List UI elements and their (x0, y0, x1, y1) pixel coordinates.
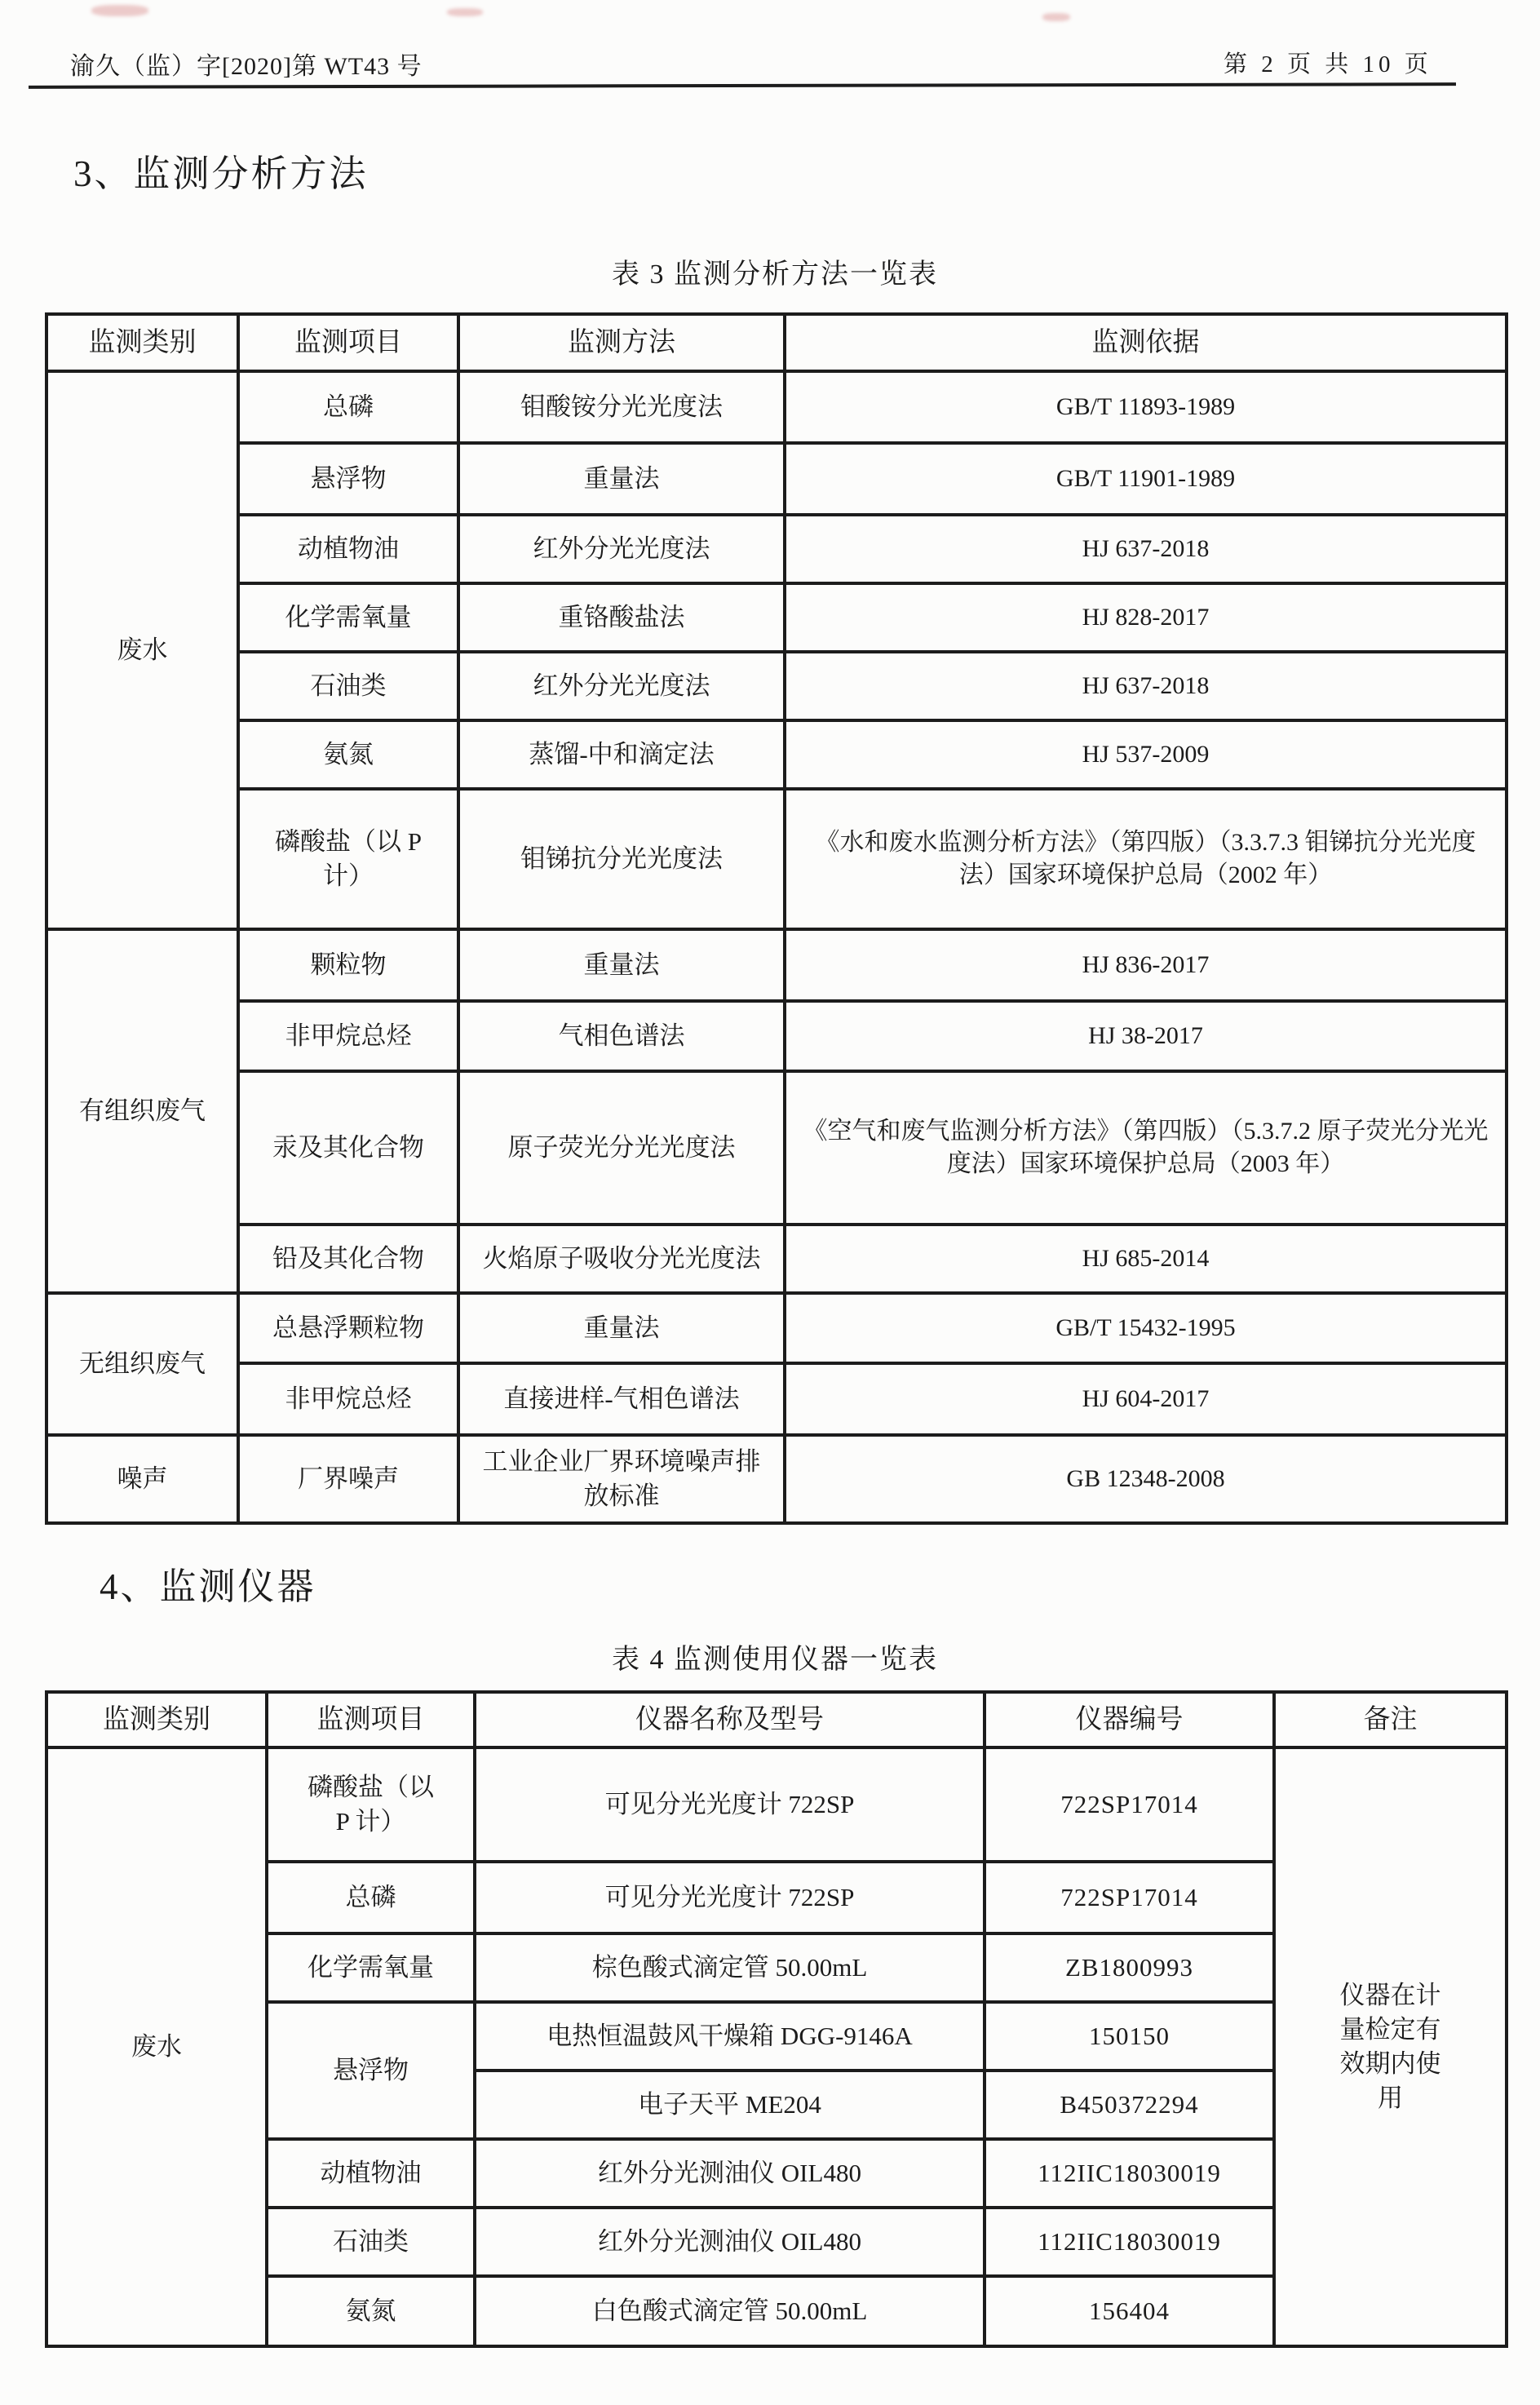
t3-item-cell: 厂界噪声 (238, 1435, 458, 1523)
table-row: 汞及其化合物 原子荧光分光光度法 《空气和废气监测分析方法》（第四版）（5.3.… (46, 1071, 1507, 1225)
table-header-row: 监测类别 监测项目 监测方法 监测依据 (46, 314, 1507, 371)
t3-item-cell: 化学需氧量 (238, 583, 458, 652)
t4-note-cell: 仪器在计量检定有效期内使用 (1274, 1747, 1507, 2346)
t3-method-cell: 红外分光光度法 (458, 652, 785, 720)
scan-artifact (447, 8, 483, 16)
table-row: 化学需氧量 重铬酸盐法 HJ 828-2017 (46, 583, 1507, 652)
t3-basis-cell: HJ 828-2017 (785, 583, 1507, 652)
t4-header-number: 仪器编号 (985, 1692, 1274, 1747)
t3-item-cell: 颗粒物 (238, 929, 458, 1001)
header-rule (29, 82, 1456, 89)
t4-item-cell: 氨氮 (267, 2276, 475, 2346)
t3-item-cell: 磷酸盐（以 P 计） (238, 789, 458, 929)
t3-method-cell: 重铬酸盐法 (458, 583, 785, 652)
t3-header-category: 监测类别 (46, 314, 238, 371)
t3-method-cell: 工业企业厂界环境噪声排放标准 (458, 1435, 785, 1523)
table-row: 磷酸盐（以 P 计） 钼锑抗分光光度法 《水和废水监测分析方法》（第四版）（3.… (46, 789, 1507, 929)
t3-item-cell: 总磷 (238, 371, 458, 443)
table-row: 废水 总磷 钼酸铵分光光度法 GB/T 11893-1989 (46, 371, 1507, 443)
t3-item-cell: 悬浮物 (238, 443, 458, 515)
t3-item-cell: 铅及其化合物 (238, 1225, 458, 1293)
t3-item-cell: 非甲烷总烃 (238, 1363, 458, 1435)
t3-basis-cell: HJ 637-2018 (785, 652, 1507, 720)
t3-basis-cell: GB/T 11893-1989 (785, 371, 1507, 443)
t3-header-method: 监测方法 (458, 314, 785, 371)
t3-basis-cell: 《空气和废气监测分析方法》（第四版）（5.3.7.2 原子荧光分光光度法）国家环… (785, 1071, 1507, 1225)
t4-header-item: 监测项目 (267, 1692, 475, 1747)
t3-item-cell: 石油类 (238, 652, 458, 720)
t3-method-cell: 钼锑抗分光光度法 (458, 789, 785, 929)
t4-instrument-cell: 电热恒温鼓风干燥箱 DGG-9146A (475, 2002, 985, 2071)
t3-method-cell: 原子荧光分光光度法 (458, 1071, 785, 1225)
t4-number-cell: 722SP17014 (985, 1862, 1274, 1933)
table-row: 非甲烷总烃 直接进样-气相色谱法 HJ 604-2017 (46, 1363, 1507, 1435)
t3-method-cell: 气相色谱法 (458, 1001, 785, 1071)
document-number: 渝久（监）字[2020]第 WT43 号 (70, 46, 423, 82)
t4-item-cell: 石油类 (267, 2208, 475, 2276)
t4-number-cell: 112IIC18030019 (985, 2139, 1274, 2208)
t4-number-cell: 156404 (985, 2276, 1274, 2346)
page-indicator: 第 2 页 共 10 页 (1224, 46, 1432, 79)
t3-basis-cell: HJ 38-2017 (785, 1001, 1507, 1071)
table-row: 动植物油 红外分光光度法 HJ 637-2018 (46, 515, 1507, 583)
t3-method-cell: 火焰原子吸收分光光度法 (458, 1225, 785, 1293)
t3-method-cell: 直接进样-气相色谱法 (458, 1363, 785, 1435)
t3-basis-cell: HJ 685-2014 (785, 1225, 1507, 1293)
t3-item-cell: 汞及其化合物 (238, 1071, 458, 1225)
t4-number-cell: 722SP17014 (985, 1747, 1274, 1862)
t4-item-cell: 磷酸盐（以 P 计） (267, 1747, 475, 1862)
table-row: 非甲烷总烃 气相色谱法 HJ 38-2017 (46, 1001, 1507, 1071)
table-row: 悬浮物 重量法 GB/T 11901-1989 (46, 443, 1507, 515)
t3-item-cell: 非甲烷总烃 (238, 1001, 458, 1071)
table-header-row: 监测类别 监测项目 仪器名称及型号 仪器编号 备注 (46, 1692, 1507, 1747)
t3-method-cell: 蒸馏-中和滴定法 (458, 720, 785, 789)
t3-method-cell: 红外分光光度法 (458, 515, 785, 583)
t3-basis-cell: GB/T 15432-1995 (785, 1293, 1507, 1363)
methods-table: 监测类别 监测项目 监测方法 监测依据 废水 总磷 钼酸铵分光光度法 GB/T … (45, 312, 1508, 1525)
t3-item-cell: 总悬浮颗粒物 (238, 1293, 458, 1363)
table-row: 有组织废气 颗粒物 重量法 HJ 836-2017 (46, 929, 1507, 1001)
t3-header-basis: 监测依据 (785, 314, 1507, 371)
section-heading-instruments: 4、监测仪器 (100, 1557, 316, 1610)
t4-instrument-cell: 白色酸式滴定管 50.00mL (475, 2276, 985, 2346)
t3-item-cell: 氨氮 (238, 720, 458, 789)
t3-basis-cell: HJ 537-2009 (785, 720, 1507, 789)
t3-basis-cell: 《水和废水监测分析方法》（第四版）（3.3.7.3 钼锑抗分光光度法）国家环境保… (785, 789, 1507, 929)
t4-number-cell: B450372294 (985, 2071, 1274, 2139)
t4-instrument-cell: 红外分光测油仪 OIL480 (475, 2139, 985, 2208)
scan-artifact (1042, 13, 1070, 21)
scan-artifact (91, 5, 148, 16)
t4-instrument-cell: 红外分光测油仪 OIL480 (475, 2208, 985, 2276)
t4-header-instrument: 仪器名称及型号 (475, 1692, 985, 1747)
t3-basis-cell: GB 12348-2008 (785, 1435, 1507, 1523)
t4-instrument-cell: 可见分光光度计 722SP (475, 1747, 985, 1862)
t4-category-cell: 废水 (46, 1747, 267, 2346)
table-row: 石油类 红外分光光度法 HJ 637-2018 (46, 652, 1507, 720)
t4-number-cell: ZB1800993 (985, 1933, 1274, 2002)
section-heading-methods: 3、监测分析方法 (73, 144, 369, 197)
t4-number-cell: 112IIC18030019 (985, 2208, 1274, 2276)
instruments-table: 监测类别 监测项目 仪器名称及型号 仪器编号 备注 废水 磷酸盐（以 P 计） … (45, 1690, 1508, 2348)
t3-method-cell: 重量法 (458, 1293, 785, 1363)
table-row: 噪声 厂界噪声 工业企业厂界环境噪声排放标准 GB 12348-2008 (46, 1435, 1507, 1523)
t4-instrument-cell: 电子天平 ME204 (475, 2071, 985, 2139)
table-row: 废水 磷酸盐（以 P 计） 可见分光光度计 722SP 722SP17014 仪… (46, 1747, 1507, 1862)
t3-method-cell: 钼酸铵分光光度法 (458, 371, 785, 443)
t4-item-cell: 总磷 (267, 1862, 475, 1933)
t4-header-category: 监测类别 (46, 1692, 267, 1747)
t3-item-cell: 动植物油 (238, 515, 458, 583)
t3-basis-cell: HJ 836-2017 (785, 929, 1507, 1001)
table3-caption: 表 3 监测分析方法一览表 (45, 251, 1505, 291)
t3-category-cell: 废水 (46, 371, 238, 929)
table-row: 铅及其化合物 火焰原子吸收分光光度法 HJ 685-2014 (46, 1225, 1507, 1293)
t4-instrument-cell: 可见分光光度计 722SP (475, 1862, 985, 1933)
t3-basis-cell: HJ 604-2017 (785, 1363, 1507, 1435)
t4-item-cell: 动植物油 (267, 2139, 475, 2208)
t3-basis-cell: HJ 637-2018 (785, 515, 1507, 583)
t3-category-cell: 噪声 (46, 1435, 238, 1523)
t4-number-cell: 150150 (985, 2002, 1274, 2071)
t3-method-cell: 重量法 (458, 929, 785, 1001)
t3-header-item: 监测项目 (238, 314, 458, 371)
t3-category-cell: 有组织废气 (46, 929, 238, 1293)
table4-caption: 表 4 监测使用仪器一览表 (45, 1637, 1505, 1676)
t4-item-cell: 悬浮物 (267, 2002, 475, 2139)
t4-item-cell: 化学需氧量 (267, 1933, 475, 2002)
t4-instrument-cell: 棕色酸式滴定管 50.00mL (475, 1933, 985, 2002)
t3-category-cell: 无组织废气 (46, 1293, 238, 1435)
t3-method-cell: 重量法 (458, 443, 785, 515)
t4-header-note: 备注 (1274, 1692, 1507, 1747)
table-row: 氨氮 蒸馏-中和滴定法 HJ 537-2009 (46, 720, 1507, 789)
t3-basis-cell: GB/T 11901-1989 (785, 443, 1507, 515)
table-row: 无组织废气 总悬浮颗粒物 重量法 GB/T 15432-1995 (46, 1293, 1507, 1363)
